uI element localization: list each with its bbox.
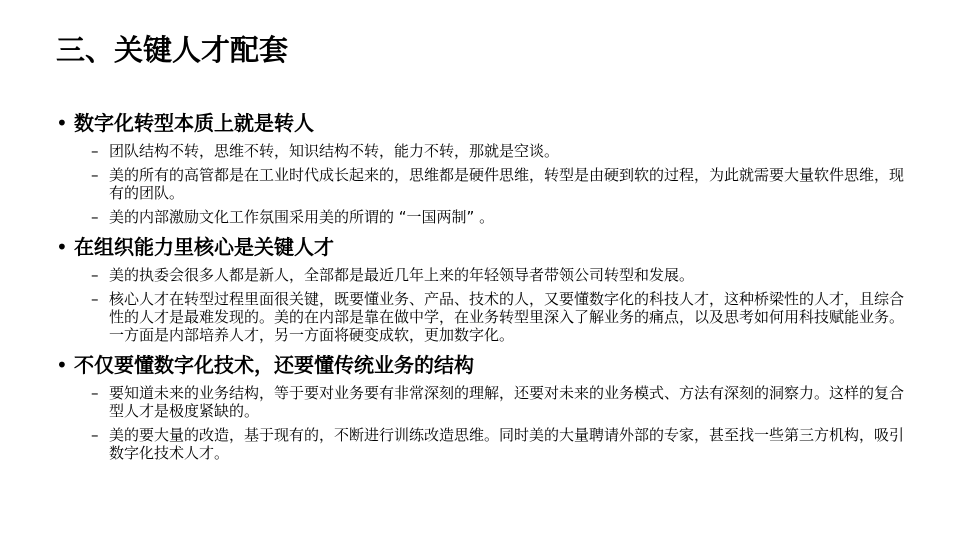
bullet-icon: • [56, 350, 68, 380]
sub-point-text: 核心人才在转型过程里面很关键，既要懂业务、产品、技术的人，又要懂数字化的科技人才… [109, 290, 904, 344]
sub-point: – 美的所有的高管都是在工业时代成长起来的，思维都是硬件思维，转型是由硬到软的过… [56, 166, 916, 202]
sub-point: – 团队结构不转，思维不转，知识结构不转，能力不转，那就是空谈。 [56, 142, 916, 160]
dash-icon: – [91, 290, 99, 308]
slide-content: • 数字化转型本质上就是转人 – 团队结构不转，思维不转，知识结构不转，能力不转… [56, 108, 916, 468]
sub-point-text: 美的执委会很多人都是新人，全部都是最近几年上来的年轻领导者带领公司转型和发展。 [109, 266, 694, 284]
section-heading: • 在组织能力里核心是关键人才 [56, 232, 916, 262]
sub-point-text: 美的内部激励文化工作氛围采用美的所谓的 “一国两制” 。 [109, 208, 494, 226]
section-heading-text: 数字化转型本质上就是转人 [74, 111, 314, 135]
section-heading-text: 在组织能力里核心是关键人才 [74, 235, 334, 259]
section-2: • 在组织能力里核心是关键人才 – 美的执委会很多人都是新人，全部都是最近几年上… [56, 232, 916, 344]
sub-point-text: 美的要大量的改造，基于现有的，不断进行训练改造思维。同时美的大量聘请外部的专家，… [109, 426, 904, 462]
sub-point: – 美的内部激励文化工作氛围采用美的所谓的 “一国两制” 。 [56, 208, 916, 226]
dash-icon: – [91, 266, 99, 284]
sub-point: – 美的执委会很多人都是新人，全部都是最近几年上来的年轻领导者带领公司转型和发展… [56, 266, 916, 284]
section-3: • 不仅要懂数字化技术，还要懂传统业务的结构 – 要知道未来的业务结构，等于要对… [56, 350, 916, 462]
sub-point: – 要知道未来的业务结构，等于要对业务要有非常深刻的理解，还要对未来的业务模式、… [56, 384, 916, 420]
dash-icon: – [91, 384, 99, 402]
sub-point: – 核心人才在转型过程里面很关键，既要懂业务、产品、技术的人，又要懂数字化的科技… [56, 290, 916, 344]
sub-point-text: 团队结构不转，思维不转，知识结构不转，能力不转，那就是空谈。 [109, 142, 559, 160]
dash-icon: – [91, 166, 99, 184]
bullet-icon: • [56, 232, 68, 262]
dash-icon: – [91, 208, 99, 226]
slide-title: 三、关键人才配套 [56, 30, 288, 70]
section-heading: • 数字化转型本质上就是转人 [56, 108, 916, 138]
bullet-icon: • [56, 108, 68, 138]
sub-point: – 美的要大量的改造，基于现有的，不断进行训练改造思维。同时美的大量聘请外部的专… [56, 426, 916, 462]
sub-point-text: 要知道未来的业务结构，等于要对业务要有非常深刻的理解，还要对未来的业务模式、方法… [109, 384, 904, 420]
sub-point-text: 美的所有的高管都是在工业时代成长起来的，思维都是硬件思维，转型是由硬到软的过程，… [109, 166, 904, 202]
dash-icon: – [91, 426, 99, 444]
section-1: • 数字化转型本质上就是转人 – 团队结构不转，思维不转，知识结构不转，能力不转… [56, 108, 916, 226]
dash-icon: – [91, 142, 99, 160]
section-heading-text: 不仅要懂数字化技术，还要懂传统业务的结构 [74, 353, 474, 377]
section-heading: • 不仅要懂数字化技术，还要懂传统业务的结构 [56, 350, 916, 380]
